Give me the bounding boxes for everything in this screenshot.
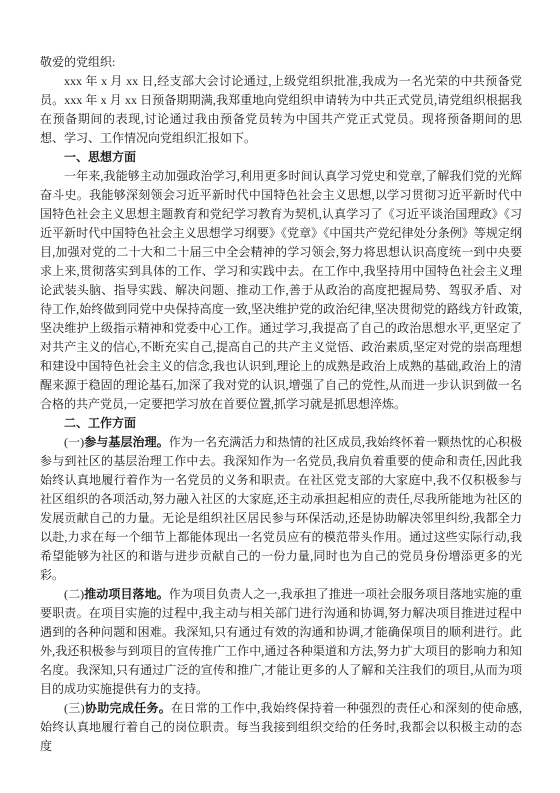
work-item-1-title: 参与基层治理。 [84,435,169,449]
work-item-3-title: 协助完成任务。 [85,701,171,715]
work-item-1-prefix: (一) [64,435,84,449]
intro-paragraph: xxx 年 x 月 xx 日,经支部大会讨论通过,上级党组织批准,我成为一名光荣… [40,72,522,148]
thought-paragraph: 一年来,我能够主动加强政治学习,利用更多时间认真学习党史和党章,了解我们党的光辉… [40,167,522,414]
work-item-1: (一)参与基层治理。作为一名充满活力和热情的社区成员,我始终怀着一颗热忱的心积极… [40,433,522,585]
work-item-2-prefix: (二) [64,587,84,601]
section-heading-work: 二、工作方面 [40,414,522,433]
work-item-2: (二)推动项目落地。作为项目负责人之一,我承担了推进一项社会服务项目落地实施的重… [40,585,522,699]
work-item-3: (三)协助完成任务。在日常的工作中,我始终保持着一种强烈的责任心和深刻的使命感,… [40,699,522,756]
section-heading-thought: 一、思想方面 [40,148,522,167]
work-item-2-body: 作为项目负责人之一,我承担了推进一项社会服务项目落地实施的重要职责。在项目实施的… [40,587,522,696]
work-item-2-title: 推动项目落地。 [84,587,169,601]
work-item-3-prefix: (三) [64,701,85,715]
work-item-1-body: 作为一名充满活力和热情的社区成员,我始终怀着一颗热忱的心积极参与到社区的基层治理… [40,435,522,582]
salutation: 敬爱的党组织: [40,53,522,72]
document-page: 敬爱的党组织: xxx 年 x 月 xx 日,经支部大会讨论通过,上级党组织批准… [0,0,560,793]
